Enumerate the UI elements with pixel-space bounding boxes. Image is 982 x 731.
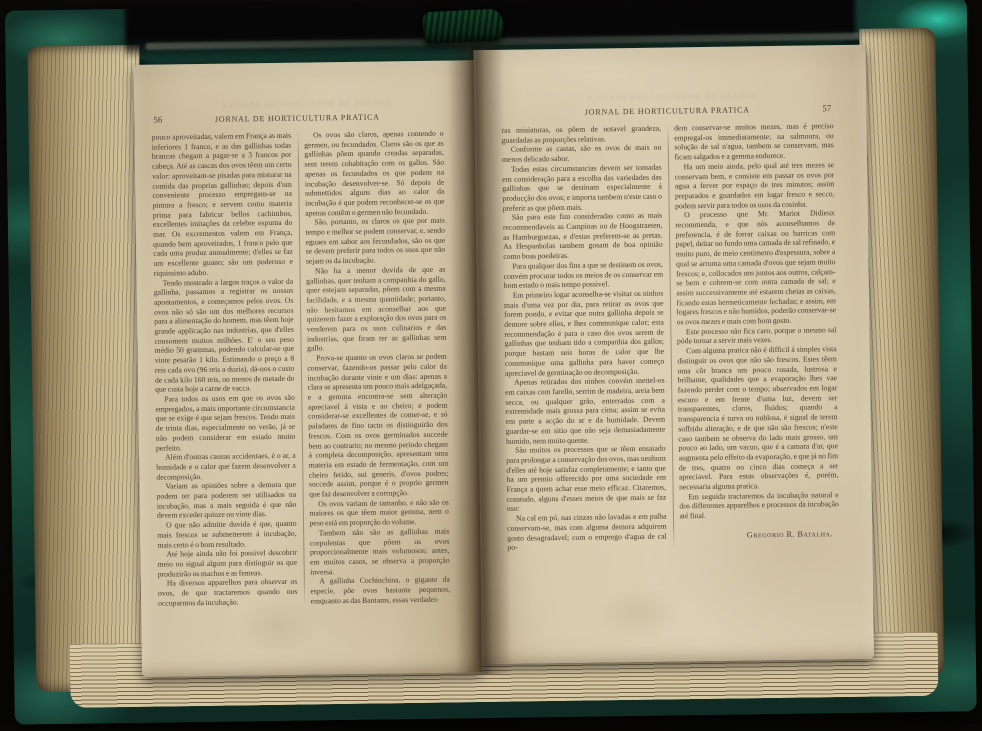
page-number: 57 [822, 103, 831, 113]
paragraph: Em seguida tractaremos da incubação natu… [679, 490, 839, 521]
paragraph: Este processo não fica caro, porque o me… [677, 325, 837, 347]
paragraph: São muitos os processos que se têem ensa… [506, 444, 666, 514]
paragraph: Até hoje ainda não foi possivel descobri… [157, 548, 297, 579]
text-column-2: dem conservar-se muitos mezes, mas é pre… [674, 121, 839, 550]
paragraph: O processo que Mr. Mariot Didieux recomm… [675, 209, 836, 328]
paragraph: Não ha a menor duvida de que as gallinha… [306, 264, 447, 353]
text-block: pouco aproveitadas, valem em França as m… [152, 129, 451, 608]
headband [422, 8, 503, 44]
paragraph: Além d'outras causas accidentaes, é o ar… [156, 451, 296, 482]
paragraph: São para este fim consideradas como as m… [503, 211, 663, 262]
paragraph: O que não admitte duvida é que, quanto m… [157, 519, 297, 550]
right-page: JORNAL DE HORTICULTURA PRATICA JORNAL DE… [473, 45, 874, 664]
text-column-1: pouco aproveitadas, valem em França as m… [152, 131, 298, 608]
paragraph: dem conservar-se muitos mezes, mas é pre… [674, 121, 834, 162]
paragraph: Conforme as castas, são os ovos de mais … [502, 143, 662, 165]
text-column-1: ras miniaturas, os põem de notavel grand… [502, 124, 667, 553]
ink-bleed: JORNAL DE HORTICULTURA PRATICA [134, 98, 474, 111]
paragraph: Em primeiro logar aconselha-se visitar o… [504, 289, 665, 379]
paragraph: pouco aproveitadas, valem em França as m… [152, 131, 294, 278]
paragraph: Os ovos são claros, apenas contendo o ge… [304, 129, 445, 218]
paragraph: A gallinha Cochinchina, o gigante da esp… [310, 575, 450, 606]
paragraph: São, portanto, os claros os que por mais… [305, 216, 445, 266]
running-title: JORNAL DE HORTICULTURA PRATICA [501, 104, 833, 118]
running-title: JORNAL DE HORTICULTURA PRATICA [151, 112, 443, 125]
paragraph: Todas estas circumstancias devem ser tom… [502, 162, 662, 213]
paragraph: ras miniaturas, os põem de notavel grand… [502, 124, 662, 146]
paragraph: Para qualquer dos fins a que se destinem… [503, 259, 663, 290]
photo-background: JORNAL DE HORTICULTURA PRATICA 56 JORNAL… [0, 0, 982, 724]
paragraph: Tendo mostrado a largos traços o valor d… [154, 276, 295, 394]
paragraph: Ha diversos apparelhos para observar os … [158, 577, 298, 608]
paragraph: Os ovos variam de tamanho, e não são os … [309, 497, 449, 528]
ink-bleed: JORNAL DE HORTICULTURA PRATICA [474, 91, 866, 104]
paragraph: Para todos os usos em que os ovos são em… [155, 393, 295, 453]
paragraph: Na cal em pó, nas cinzas não lavadas e e… [507, 512, 667, 553]
paragraph: Tambem não são as gallinhas mais corpule… [310, 526, 450, 576]
paragraphs: dem conservar-se muitos mezes, mas é pre… [674, 121, 839, 521]
signature: Gregorio R. Batalha. [680, 529, 840, 541]
paragraph: Ha um meio ainda, pelo qual até tres mez… [675, 160, 835, 211]
paragraph: Com alguma pratica não é difficil á simp… [677, 344, 839, 492]
text-block: ras miniaturas, os põem de notavel grand… [502, 121, 840, 553]
page-header: 56 JORNAL DE HORTICULTURA PRATICA [151, 112, 443, 128]
paragraph: Variam as opiniões sobre a demora que po… [156, 480, 296, 521]
paragraph: Prova-se quanto os ovos claros se podem … [307, 352, 449, 499]
page-number: 56 [153, 115, 162, 125]
text-column-2: Os ovos são claros, apenas contendo o ge… [304, 129, 450, 606]
paragraph: Apenas retirados dos ninhos convém mette… [505, 376, 665, 446]
left-page: JORNAL DE HORTICULTURA PRATICA 56 JORNAL… [134, 60, 483, 677]
book: JORNAL DE HORTICULTURA PRATICA 56 JORNAL… [0, 0, 982, 724]
page-edges-left [27, 45, 148, 693]
page-header: JORNAL DE HORTICULTURA PRATICA 57 [501, 104, 833, 121]
